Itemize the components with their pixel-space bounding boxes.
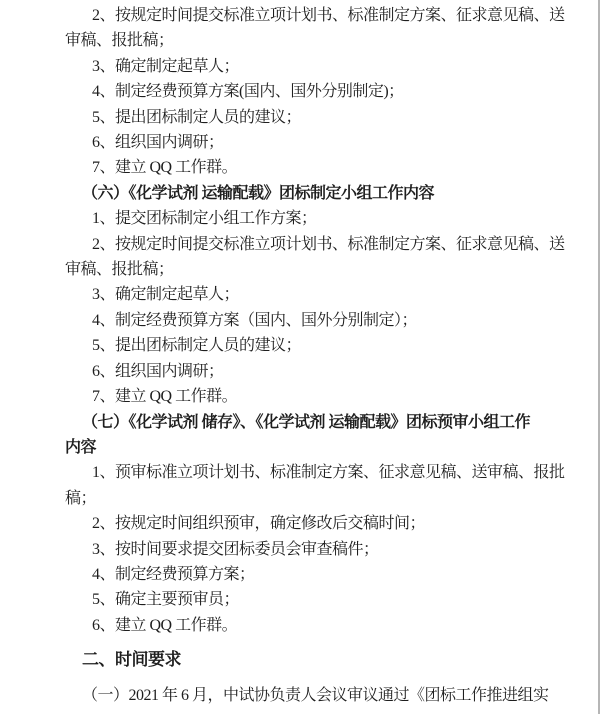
paragraph: （一）2021 年 6 月，中试协负责人会议审议通过《团标工作推进组实 [65,683,557,708]
list-item: 6、组织国内调研； [65,130,557,155]
list-item: 3、确定制定起草人； [65,54,557,79]
section-heading-six: （六）《化学试剂 运输配载》团标制定小组工作内容 [65,181,557,206]
section-heading-seven: （七）《化学试剂 储存》、《化学试剂 运输配载》团标预审小组工作 [65,410,557,435]
list-item: 6、建立 QQ 工作群。 [65,613,557,638]
list-item: 4、制定经费预算方案(国内、国外分别制定)； [65,79,557,104]
page-edge-line [598,0,600,714]
list-item: 1、提交团标制定小组工作方案； [65,206,557,231]
list-item: 3、按时间要求提交团标委员会审查稿件； [65,537,557,562]
list-item: 4、制定经费预算方案（国内、国外分别制定）； [65,308,557,333]
list-item: 2、按规定时间提交标准立项计划书、标准制定方案、征求意见稿、送 [65,232,557,257]
list-item: 3、确定制定起草人； [65,282,557,307]
list-item-continuation: 稿； [65,486,557,511]
chapter-heading-time-requirements: 二、时间要求 [65,647,557,672]
list-item-continuation: 审稿、报批稿； [65,257,557,282]
list-item: 7、建立 QQ 工作群。 [65,384,557,409]
document-page: 2、按规定时间提交标准立项计划书、标准制定方案、征求意见稿、送 审稿、报批稿； … [0,0,604,714]
list-item: 5、确定主要预审员； [65,587,557,612]
list-item: 4、制定经费预算方案； [65,562,557,587]
list-item: 6、组织国内调研； [65,359,557,384]
list-item: 1、预审标准立项计划书、标准制定方案、征求意见稿、送审稿、报批 [65,460,557,485]
list-item-continuation: 审稿、报批稿； [65,28,557,53]
list-item: 2、按规定时间组织预审，确定修改后交稿时间； [65,511,557,536]
list-item: 7、建立 QQ 工作群。 [65,155,557,180]
list-item: 5、提出团标制定人员的建议； [65,333,557,358]
list-item: 5、提出团标制定人员的建议； [65,105,557,130]
document-body: 2、按规定时间提交标准立项计划书、标准制定方案、征求意见稿、送 审稿、报批稿； … [65,3,557,708]
list-item: 2、按规定时间提交标准立项计划书、标准制定方案、征求意见稿、送 [65,3,557,28]
section-heading-seven-continuation: 内容 [65,435,557,460]
